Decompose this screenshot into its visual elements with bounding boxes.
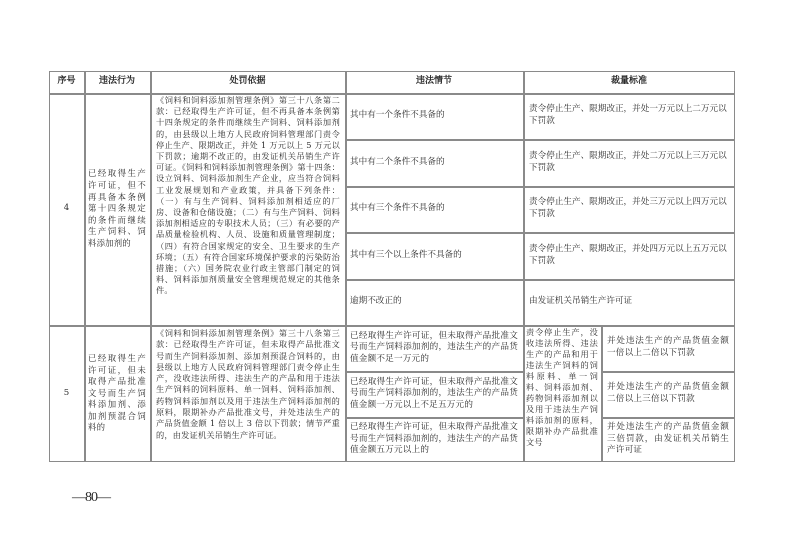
row-number: 4 (49, 93, 84, 325)
row-number: 5 (49, 325, 84, 462)
standard-text: 并处违法生产的产品货值金额三倍罚款，由发证机关吊销生产许可证 (607, 422, 729, 457)
violation-text: 已经取得生产许可证，但不再具备本条例第十四条规定的条件而继续生产饲料、饲料添加剂… (88, 168, 146, 249)
basis-text: 《饲料和饲料添加剂管理条例》第三十八条第二款：已经取得生产许可证，但不再具备本条… (150, 93, 345, 325)
circumstance-cell: 其中有二个条件不具备的 (345, 139, 523, 186)
circumstance-text: 已经取得生产许可证，但未取得产品批准文号而生产饲料添加剂的，违法生产的产品货值金… (350, 331, 518, 366)
circumstance-cell: 其中有三个以上条件不具备的 (345, 232, 523, 279)
standard-cell: 并处违法生产的产品货值金额三倍罚款，由发证机关吊销生产许可证 (601, 417, 735, 462)
standard-cell: 责令停止生产、限期改正，并处三万元以上四万元以下罚款 (523, 186, 735, 232)
header-standard: 裁量标准 (523, 71, 735, 93)
standard-text: 并处违法生产的产品货值金额一倍以上二倍以下罚款 (607, 336, 729, 359)
header-violation: 违法行为 (84, 71, 150, 93)
violation-cell: 已经取得生产许可证，但未取得产品批准文号而生产饲料添加剂、添加剂预混合饲料的 (84, 325, 150, 462)
header-no: 序号 (49, 71, 84, 93)
circumstance-text: 已经取得生产许可证，但未取得产品批准文号而生产饲料添加剂的，违法生产的产品货值金… (350, 377, 518, 412)
violation-text: 已经取得生产许可证，但未取得产品批准文号而生产饲料添加剂、添加剂预混合饲料的 (88, 353, 146, 434)
circumstance-cell: 已经取得生产许可证，但未取得产品批准文号而生产饲料添加剂的，违法生产的产品货值金… (345, 325, 523, 371)
circumstance-cell: 逾期不改正的 (345, 279, 523, 325)
violation-cell: 已经取得生产许可证，但不再具备本条例第十四条规定的条件而继续生产饲料、饲料添加剂… (84, 93, 150, 325)
circumstance-text: 已经取得生产许可证，但未取得产品批准文号而生产饲料添加剂的，违法生产的产品货值金… (350, 422, 518, 457)
header-circumstance: 违法情节 (345, 71, 523, 93)
circumstance-cell: 已经取得生产许可证，但未取得产品批准文号而生产饲料添加剂的，违法生产的产品货值金… (345, 371, 523, 417)
standard-cell: 责令停止生产、限期改正，并处二万元以上三万元以下罚款 (523, 139, 735, 186)
common-standard-text: 责令停止生产，没收违法所得、违法生产的产品和用于违法生产饲料的饲料原料、单一饲料… (523, 325, 601, 462)
standard-cell: 责令停止生产、限期改正，并处四万元以上五万元以下罚款 (523, 232, 735, 279)
standard-text: 并处违法生产的产品货值金额二倍以上三倍以下罚款 (607, 382, 729, 405)
standard-cell: 并处违法生产的产品货值金额一倍以上二倍以下罚款 (601, 325, 735, 371)
standard-cell: 并处违法生产的产品货值金额二倍以上三倍以下罚款 (601, 371, 735, 417)
basis-text: 《饲料和饲料添加剂管理条例》第三十八条第三款：已经取得生产许可证，但未取得产品批… (150, 325, 345, 462)
standard-cell: 责令停止生产、限期改正，并处一万元以上二万元以下罚款 (523, 93, 735, 139)
header-basis: 处罚依据 (150, 71, 345, 93)
circumstance-cell: 其中有一个条件不具备的 (345, 93, 523, 139)
standard-cell: 由发证机关吊销生产许可证 (523, 279, 735, 325)
page-number: —80— (72, 490, 110, 506)
circumstance-cell: 其中有三个条件不具备的 (345, 186, 523, 232)
circumstance-cell: 已经取得生产许可证，但未取得产品批准文号而生产饲料添加剂的，违法生产的产品货值金… (345, 417, 523, 462)
